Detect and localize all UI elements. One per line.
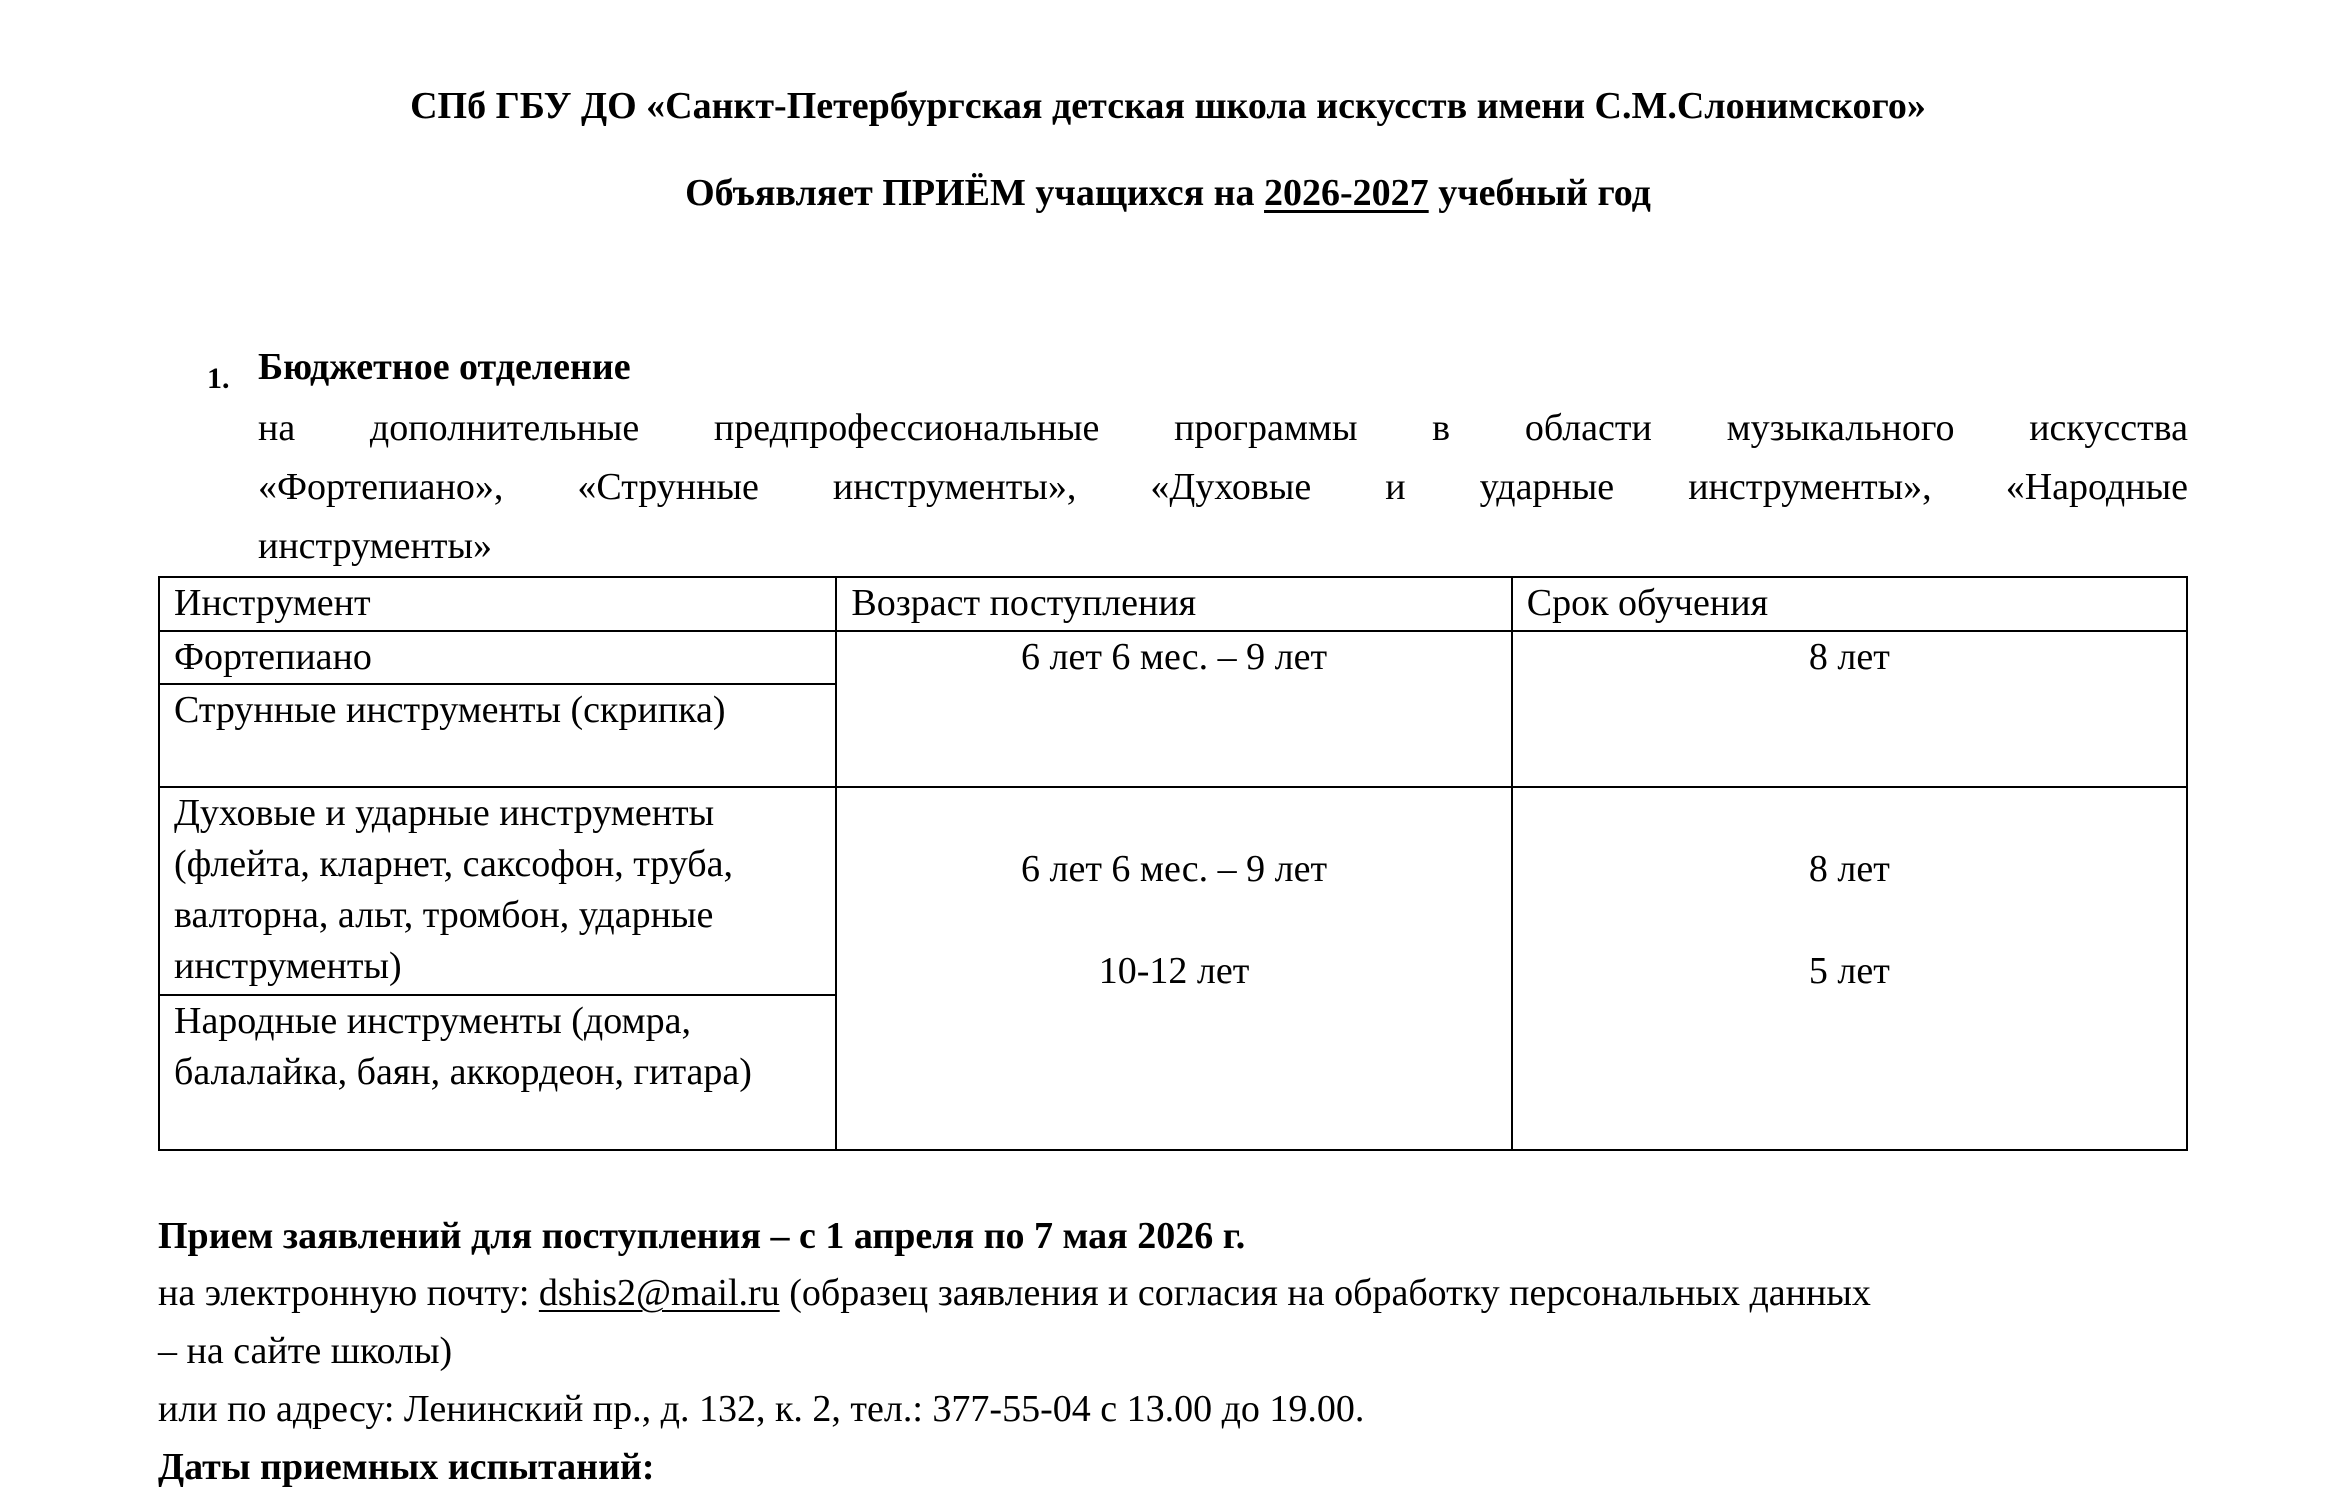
- subtitle-prefix: Объявляет ПРИЁМ учащихся на: [685, 172, 1264, 214]
- cell-duration: 8 лет: [1527, 844, 2172, 895]
- table-header-row: Инструмент Возраст поступления Срок обуч…: [159, 577, 2187, 631]
- email-link[interactable]: dshis2@mail.ru: [539, 1272, 780, 1314]
- table-row: Фортепиано 6 лет 6 мес. – 9 лет 8 лет: [159, 631, 2187, 684]
- applications-address: или по адресу: Ленинский пр., д. 132, к.…: [158, 1387, 1364, 1431]
- cell-instrument: Струнные инструменты (скрипка): [159, 684, 836, 787]
- programs-table: Инструмент Возраст поступления Срок обуч…: [158, 576, 2188, 1151]
- header-duration: Срок обучения: [1512, 577, 2187, 631]
- cell-age: 6 лет 6 мес. – 9 лет: [851, 844, 1496, 895]
- document-title: СПб ГБУ ДО «Санкт-Петербургская детская …: [0, 84, 2336, 128]
- cell-instrument: Народные инструменты (домра, балалайка, …: [159, 995, 836, 1150]
- exam-dates-heading: Даты приемных испытаний:: [158, 1445, 655, 1489]
- section-number: 1.: [207, 353, 230, 404]
- applications-email-continuation: – на сайте школы): [158, 1329, 452, 1373]
- section-description-line-2: «Фортепиано», «Струнные инструменты», «Д…: [258, 458, 2188, 517]
- cell-duration-group: 8 лет 5 лет: [1512, 787, 2187, 1150]
- section-description-line-3: инструменты»: [258, 517, 2188, 576]
- section-description-line-1: на дополнительные предпрофессиональные п…: [258, 399, 2188, 458]
- section-heading: Бюджетное отделение: [258, 345, 631, 389]
- email-prefix: на электронную почту:: [158, 1272, 539, 1314]
- cell-duration: 8 лет: [1512, 631, 2187, 787]
- cell-instrument: Фортепиано: [159, 631, 836, 684]
- applications-heading: Прием заявлений для поступления – с 1 ап…: [158, 1214, 1245, 1258]
- cell-duration: 5 лет: [1527, 946, 2172, 997]
- subtitle-suffix: учебный год: [1429, 172, 1651, 214]
- document-subtitle: Объявляет ПРИЁМ учащихся на 2026-2027 уч…: [0, 171, 2336, 215]
- cell-instrument: Духовые и ударные инструменты (флейта, к…: [159, 787, 836, 995]
- applications-email-line: на электронную почту: dshis2@mail.ru (об…: [158, 1271, 1871, 1315]
- email-suffix: (образец заявления и согласия на обработ…: [780, 1272, 1871, 1314]
- cell-age: 10-12 лет: [851, 946, 1496, 997]
- cell-age: 6 лет 6 мес. – 9 лет: [836, 631, 1511, 787]
- header-instrument: Инструмент: [159, 577, 836, 631]
- cell-age-group: 6 лет 6 мес. – 9 лет 10-12 лет: [836, 787, 1511, 1150]
- academic-year: 2026-2027: [1264, 172, 1429, 214]
- header-age: Возраст поступления: [836, 577, 1511, 631]
- table-row: Духовые и ударные инструменты (флейта, к…: [159, 787, 2187, 995]
